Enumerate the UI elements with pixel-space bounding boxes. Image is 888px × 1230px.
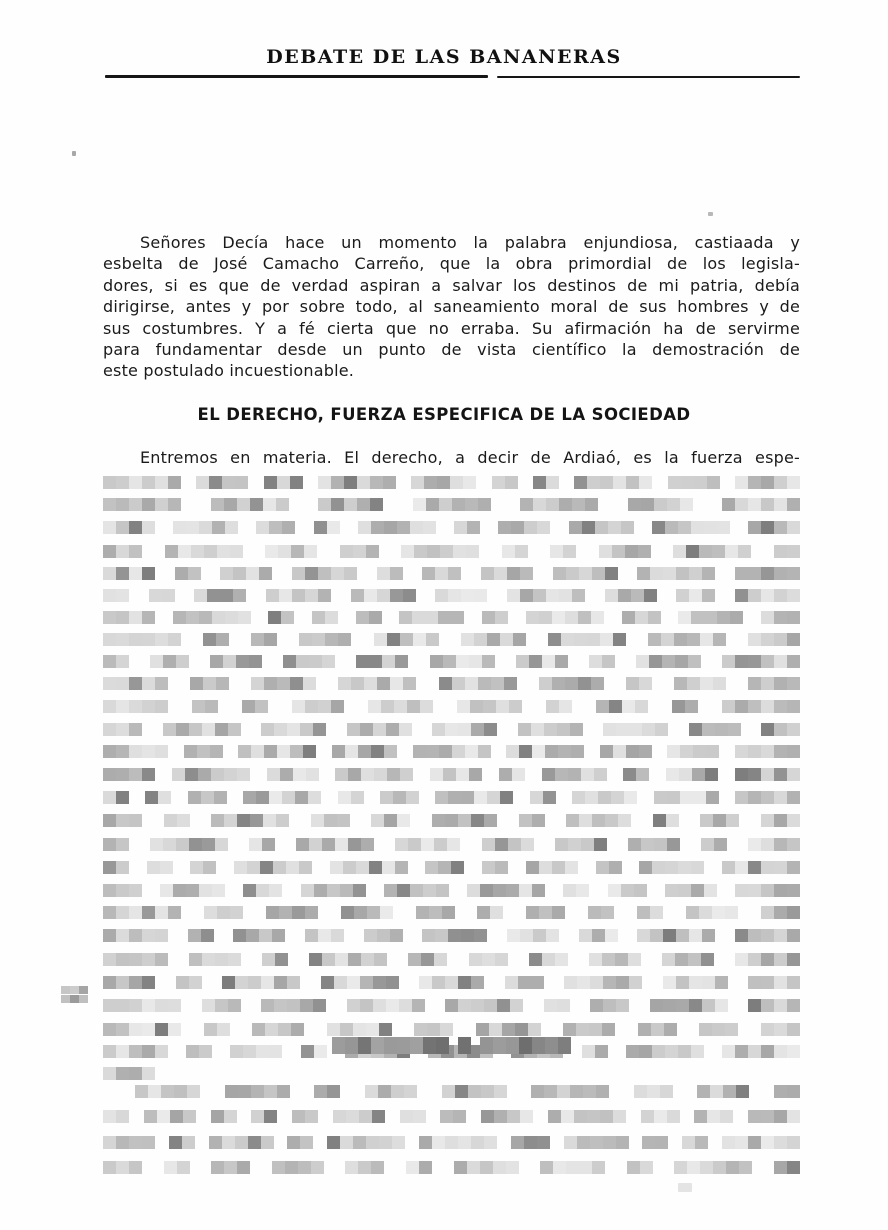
redacted-cell bbox=[344, 567, 357, 580]
redacted-cell bbox=[178, 545, 191, 558]
redacted-cell bbox=[251, 677, 264, 690]
redacted-cell bbox=[546, 476, 559, 489]
redacted-cell bbox=[373, 723, 386, 736]
redacted-cell bbox=[691, 861, 704, 874]
redacted-cell bbox=[676, 929, 689, 942]
redacted-cell bbox=[211, 498, 224, 511]
redacted-word bbox=[700, 814, 739, 827]
redacted-cell bbox=[707, 1110, 720, 1123]
text-line: dores, si es que de verdad aspiran a sal… bbox=[103, 275, 800, 296]
redacted-cell bbox=[511, 521, 524, 534]
redacted-cell bbox=[572, 498, 585, 511]
redacted-cell bbox=[155, 953, 168, 966]
redacted-cell bbox=[303, 677, 316, 690]
redacted-cell bbox=[676, 999, 689, 1012]
redacted-word bbox=[530, 791, 556, 804]
redacted-cell bbox=[383, 476, 396, 489]
redacted-cell bbox=[202, 723, 215, 736]
redacted-word bbox=[662, 953, 714, 966]
redacted-cell bbox=[165, 545, 178, 558]
redacted-cell bbox=[498, 521, 511, 534]
redacted-cell bbox=[748, 1136, 761, 1149]
redacted-word bbox=[627, 1161, 653, 1174]
redacted-word bbox=[520, 498, 598, 511]
redacted-word bbox=[103, 976, 155, 989]
redacted-word bbox=[380, 791, 419, 804]
redacted-word bbox=[296, 838, 374, 851]
redacted-cell bbox=[725, 1023, 738, 1036]
redacted-cell bbox=[103, 884, 116, 897]
redacted-cell bbox=[568, 768, 581, 781]
redacted-cell bbox=[579, 929, 592, 942]
redacted-cell bbox=[211, 1110, 224, 1123]
redacted-cell bbox=[274, 976, 287, 989]
redacted-cell bbox=[366, 1023, 379, 1036]
redacted-cell bbox=[266, 906, 279, 919]
redacted-word bbox=[103, 521, 155, 534]
redacted-cell bbox=[426, 633, 439, 646]
redacted-cell bbox=[189, 953, 202, 966]
redacted-cell bbox=[215, 723, 228, 736]
redacted-cell bbox=[748, 884, 761, 897]
redacted-cell bbox=[276, 814, 289, 827]
redacted-cell bbox=[458, 1136, 471, 1149]
redacted-word bbox=[600, 745, 652, 758]
redacted-word bbox=[267, 768, 319, 781]
redacted-cell bbox=[532, 814, 545, 827]
redacted-cell bbox=[774, 545, 787, 558]
redacted-cell bbox=[455, 1085, 468, 1098]
redacted-cell bbox=[300, 723, 313, 736]
redacted-cell bbox=[116, 884, 129, 897]
redacted-cell bbox=[103, 545, 116, 558]
redacted-cell bbox=[189, 723, 202, 736]
redacted-cell bbox=[615, 953, 628, 966]
redacted-word bbox=[287, 1136, 313, 1149]
redacted-word bbox=[165, 545, 243, 558]
redacted-cell bbox=[694, 476, 707, 489]
redacted-cell bbox=[176, 838, 189, 851]
redacted-word bbox=[676, 589, 715, 602]
redacted-cell bbox=[722, 498, 735, 511]
redacted-cell bbox=[735, 700, 748, 713]
redacted-line bbox=[103, 789, 800, 812]
redacted-cell bbox=[761, 906, 774, 919]
redacted-cell bbox=[458, 999, 471, 1012]
redacted-cell bbox=[210, 655, 223, 668]
redacted-cell bbox=[201, 791, 214, 804]
redacted-cell bbox=[424, 476, 437, 489]
scan-speck bbox=[72, 151, 76, 156]
redacted-cell bbox=[484, 1136, 497, 1149]
redacted-cell bbox=[667, 498, 680, 511]
redacted-cell bbox=[687, 633, 700, 646]
redacted-cell bbox=[251, 633, 264, 646]
redacted-word bbox=[358, 521, 436, 534]
redacted-cell bbox=[644, 589, 657, 602]
redacted-cell bbox=[774, 655, 787, 668]
redacted-cell bbox=[589, 1023, 602, 1036]
redacted-cell bbox=[393, 791, 406, 804]
redacted-word bbox=[176, 976, 202, 989]
redacted-cell bbox=[787, 861, 800, 874]
redacted-cell bbox=[313, 999, 326, 1012]
section-heading: EL DERECHO, FUERZA ESPECIFICA DE LA SOCI… bbox=[0, 405, 888, 424]
redacted-cell bbox=[787, 1110, 800, 1123]
redacted-word bbox=[184, 745, 223, 758]
redacted-cell bbox=[225, 521, 238, 534]
redacted-word bbox=[641, 1110, 680, 1123]
redacted-cell bbox=[774, 999, 787, 1012]
redacted-cell bbox=[172, 768, 185, 781]
redacted-cell bbox=[230, 545, 243, 558]
redacted-word bbox=[251, 1110, 277, 1123]
redacted-cell bbox=[155, 476, 168, 489]
redacted-cell bbox=[457, 700, 470, 713]
redacted-word bbox=[103, 1067, 155, 1080]
redacted-cell bbox=[325, 633, 338, 646]
redacted-cell bbox=[163, 723, 176, 736]
redacted-cell bbox=[448, 589, 461, 602]
redacted-cell bbox=[331, 567, 344, 580]
redacted-word bbox=[340, 545, 379, 558]
redacted-cell bbox=[694, 1110, 707, 1123]
redacted-cell bbox=[590, 1136, 603, 1149]
redacted-word bbox=[722, 861, 800, 874]
redacted-cell bbox=[360, 976, 373, 989]
redacted-cell bbox=[291, 545, 304, 558]
redacted-cell bbox=[155, 633, 168, 646]
redacted-cell bbox=[748, 745, 761, 758]
redacted-cell bbox=[471, 723, 484, 736]
redacted-cell bbox=[673, 545, 686, 558]
redacted-cell bbox=[238, 611, 251, 624]
redacted-cell bbox=[469, 953, 482, 966]
redacted-cell bbox=[413, 1110, 426, 1123]
redacted-cell bbox=[142, 953, 155, 966]
redacted-cell bbox=[361, 768, 374, 781]
redacted-cell bbox=[699, 1023, 712, 1036]
redacted-cell bbox=[155, 498, 168, 511]
redacted-word bbox=[103, 884, 142, 897]
redacted-cell bbox=[116, 521, 129, 534]
redacted-cell bbox=[318, 476, 331, 489]
redacted-cell bbox=[689, 589, 702, 602]
redacted-cell bbox=[637, 929, 650, 942]
redacted-cell bbox=[421, 838, 434, 851]
redacted-cell bbox=[635, 611, 648, 624]
redacted-word bbox=[103, 567, 155, 580]
redacted-cell bbox=[532, 884, 545, 897]
redacted-cell bbox=[557, 999, 570, 1012]
redacted-cell bbox=[220, 589, 233, 602]
redacted-cell bbox=[546, 700, 559, 713]
redacted-cell bbox=[774, 1161, 787, 1174]
redacted-cell bbox=[639, 745, 652, 758]
redacted-cell bbox=[552, 906, 565, 919]
redacted-word bbox=[399, 611, 464, 624]
redacted-cell bbox=[582, 521, 595, 534]
redacted-cell bbox=[641, 838, 654, 851]
redacted-cell bbox=[250, 498, 263, 511]
redacted-word bbox=[351, 589, 416, 602]
redacted-cell bbox=[382, 655, 395, 668]
redacted-cell bbox=[300, 999, 313, 1012]
redacted-cell bbox=[653, 814, 666, 827]
redacted-word bbox=[243, 791, 321, 804]
redacted-cell bbox=[628, 838, 641, 851]
redacted-cell bbox=[787, 884, 800, 897]
redacted-word bbox=[540, 1161, 605, 1174]
redacted-cell bbox=[634, 1085, 647, 1098]
redacted-cell bbox=[735, 745, 748, 758]
redacted-cell bbox=[483, 700, 496, 713]
redacted-word bbox=[103, 1023, 181, 1036]
redacted-cell bbox=[761, 838, 774, 851]
redacted-cell bbox=[261, 976, 274, 989]
redacted-cell bbox=[116, 655, 129, 668]
redacted-cell bbox=[471, 1136, 484, 1149]
redacted-cell bbox=[340, 1136, 353, 1149]
redacted-cell bbox=[574, 476, 587, 489]
redacted-cell bbox=[738, 545, 751, 558]
redacted-cell bbox=[448, 567, 461, 580]
redacted-cell bbox=[274, 999, 287, 1012]
redacted-cell bbox=[519, 1037, 532, 1054]
redacted-word bbox=[507, 929, 559, 942]
redacted-cell bbox=[474, 791, 487, 804]
redacted-cell bbox=[735, 567, 748, 580]
redacted-cell bbox=[774, 723, 787, 736]
redacted-cell bbox=[546, 929, 559, 942]
redacted-cell bbox=[164, 1161, 177, 1174]
redacted-word bbox=[172, 768, 250, 781]
redacted-cell bbox=[144, 1110, 157, 1123]
redacted-cell bbox=[463, 476, 476, 489]
redacted-cell bbox=[520, 498, 533, 511]
redacted-cell bbox=[216, 633, 229, 646]
redacted-cell bbox=[327, 1136, 340, 1149]
redacted-cell bbox=[480, 884, 493, 897]
redacted-line bbox=[103, 744, 800, 766]
redacted-cell bbox=[298, 1161, 311, 1174]
redacted-cell bbox=[574, 1110, 587, 1123]
redacted-cell bbox=[358, 745, 371, 758]
redacted-word bbox=[628, 838, 680, 851]
redacted-cell bbox=[373, 976, 386, 989]
redacted-cell bbox=[435, 929, 448, 942]
redacted-word bbox=[639, 861, 704, 874]
redacted-cell bbox=[458, 814, 471, 827]
redacted-word bbox=[425, 861, 464, 874]
redacted-cell bbox=[360, 999, 373, 1012]
redacted-word bbox=[699, 1023, 738, 1036]
redacted-cell bbox=[637, 906, 650, 919]
redacted-cell bbox=[533, 498, 546, 511]
redacted-word bbox=[564, 976, 642, 989]
redacted-cell bbox=[361, 838, 374, 851]
redacted-cell bbox=[225, 1085, 238, 1098]
redacted-word bbox=[175, 567, 201, 580]
redacted-cell bbox=[259, 929, 272, 942]
redacted-cell bbox=[596, 861, 609, 874]
redacted-word bbox=[622, 611, 661, 624]
redacted-cell bbox=[379, 1136, 392, 1149]
text-line: Entremos en materia. El derecho, a decir… bbox=[103, 447, 800, 468]
redacted-cell bbox=[484, 814, 497, 827]
redacted-cell bbox=[563, 884, 576, 897]
redacted-cell bbox=[595, 521, 608, 534]
redacted-cell bbox=[423, 1037, 436, 1054]
redacted-cell bbox=[186, 884, 199, 897]
redacted-line bbox=[103, 721, 800, 744]
redacted-cell bbox=[748, 700, 761, 713]
redacted-cell bbox=[685, 700, 698, 713]
redacted-cell bbox=[480, 1161, 493, 1174]
redacted-cell bbox=[285, 1161, 298, 1174]
redacted-cell bbox=[347, 999, 360, 1012]
redacted-cell bbox=[280, 768, 293, 781]
redacted-cell bbox=[103, 567, 116, 580]
redacted-cell bbox=[787, 976, 800, 989]
redacted-word bbox=[314, 521, 340, 534]
redacted-cell bbox=[652, 861, 665, 874]
redacted-cell bbox=[155, 677, 168, 690]
redacted-cell bbox=[212, 884, 225, 897]
redacted-cell bbox=[640, 1161, 653, 1174]
redacted-word bbox=[243, 884, 282, 897]
redacted-word bbox=[748, 677, 800, 690]
redacted-word bbox=[722, 700, 800, 713]
redacted-word bbox=[327, 1023, 392, 1036]
redacted-word bbox=[309, 953, 387, 966]
redacted-cell bbox=[454, 521, 467, 534]
redacted-cell bbox=[174, 1085, 187, 1098]
redacted-cell bbox=[237, 814, 250, 827]
redacted-word bbox=[430, 655, 495, 668]
redacted-cell bbox=[147, 861, 160, 874]
redacted-cell bbox=[655, 723, 668, 736]
redacted-word bbox=[507, 589, 585, 602]
redacted-cell bbox=[224, 814, 237, 827]
redacted-cell bbox=[116, 906, 129, 919]
redacted-cell bbox=[730, 611, 743, 624]
redacted-cell bbox=[603, 723, 616, 736]
redacted-cell bbox=[203, 633, 216, 646]
redacted-cell bbox=[602, 953, 615, 966]
redacted-cell bbox=[423, 521, 436, 534]
redacted-word bbox=[761, 1023, 800, 1036]
redacted-word bbox=[103, 677, 168, 690]
redacted-cell bbox=[496, 700, 509, 713]
redacted-cell bbox=[379, 1023, 392, 1036]
redacted-cell bbox=[555, 655, 568, 668]
redacted-cell bbox=[407, 700, 420, 713]
redacted-cell bbox=[613, 1110, 626, 1123]
redacted-cell bbox=[602, 1023, 615, 1036]
redacted-word bbox=[650, 999, 728, 1012]
redacted-cell bbox=[331, 476, 344, 489]
redacted-word bbox=[701, 838, 727, 851]
redacted-cell bbox=[636, 655, 649, 668]
redacted-cell bbox=[748, 476, 761, 489]
redacted-cell bbox=[736, 1085, 749, 1098]
redacted-cell bbox=[337, 814, 350, 827]
redacted-word bbox=[469, 953, 508, 966]
redacted-cell bbox=[787, 1023, 800, 1036]
redacted-cell bbox=[150, 655, 163, 668]
redacted-cell bbox=[384, 814, 397, 827]
redacted-cell bbox=[300, 1136, 313, 1149]
redacted-cell bbox=[164, 814, 177, 827]
redacted-cell bbox=[371, 1161, 384, 1174]
redacted-cell bbox=[639, 677, 652, 690]
redacted-cell bbox=[674, 677, 687, 690]
redacted-cell bbox=[359, 1110, 372, 1123]
redacted-word bbox=[722, 655, 800, 668]
redacted-cell bbox=[318, 498, 331, 511]
redacted-cell bbox=[596, 1085, 609, 1098]
redacted-cell bbox=[338, 677, 351, 690]
redacted-cell bbox=[157, 1110, 170, 1123]
redacted-word bbox=[663, 976, 728, 989]
redacted-cell bbox=[419, 976, 432, 989]
redacted-cell bbox=[559, 589, 572, 602]
redacted-cell bbox=[413, 745, 426, 758]
redacted-cell bbox=[222, 476, 235, 489]
redacted-cell bbox=[689, 567, 702, 580]
redacted-cell bbox=[184, 745, 197, 758]
redacted-cell bbox=[674, 633, 687, 646]
redacted-word bbox=[173, 611, 251, 624]
redacted-cell bbox=[533, 589, 546, 602]
redacted-word bbox=[439, 677, 517, 690]
redacted-cell bbox=[314, 884, 327, 897]
redacted-cell bbox=[576, 884, 589, 897]
redacted-cell bbox=[103, 814, 116, 827]
redacted-word bbox=[735, 884, 800, 897]
redacted-cell bbox=[691, 611, 704, 624]
redacted-cell bbox=[373, 999, 386, 1012]
redacted-cell bbox=[445, 723, 458, 736]
redacted-cell bbox=[103, 677, 116, 690]
redacted-cell bbox=[287, 723, 300, 736]
redacted-cell bbox=[518, 976, 531, 989]
redacted-cell bbox=[787, 700, 800, 713]
redacted-cell bbox=[548, 1110, 561, 1123]
redacted-cell bbox=[142, 521, 155, 534]
redacted-word bbox=[164, 1161, 190, 1174]
redacted-cell bbox=[364, 677, 377, 690]
redacted-cell bbox=[432, 976, 445, 989]
redacted-word bbox=[414, 1023, 453, 1036]
redacted-cell bbox=[252, 1023, 265, 1036]
redacted-cell bbox=[186, 611, 199, 624]
redacted-cell bbox=[430, 655, 443, 668]
redacted-word bbox=[150, 655, 189, 668]
redacted-word bbox=[338, 677, 416, 690]
redacted-cell bbox=[542, 768, 555, 781]
redacted-cell bbox=[715, 976, 728, 989]
redacted-cell bbox=[667, 791, 680, 804]
redacted-cell bbox=[228, 953, 241, 966]
redacted-cell bbox=[378, 1085, 391, 1098]
redacted-cell bbox=[397, 1037, 410, 1054]
redacted-cell bbox=[116, 677, 129, 690]
redacted-cell bbox=[654, 791, 667, 804]
redacted-cell bbox=[103, 655, 116, 668]
redacted-word bbox=[338, 791, 364, 804]
